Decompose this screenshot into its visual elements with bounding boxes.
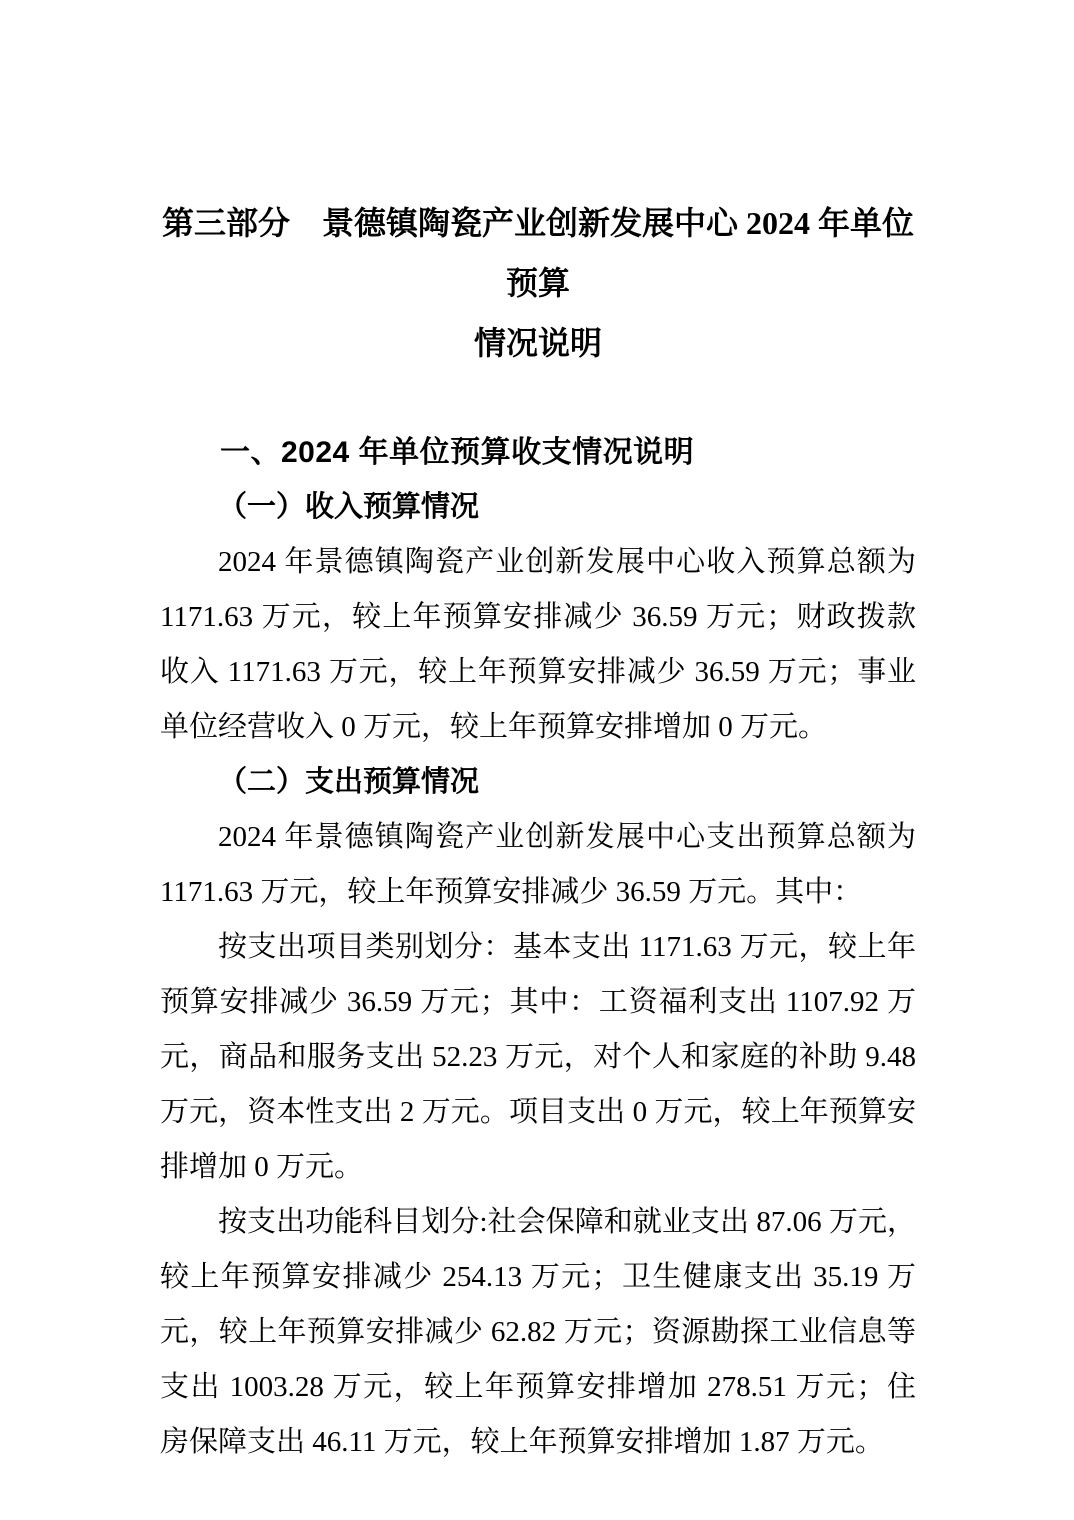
text-line: 2024 年景德镇陶瓷产业创新发展中心收入预算总额为 bbox=[160, 535, 916, 590]
document-content: 第三部分 景德镇陶瓷产业创新发展中心 2024 年单位预算 情况说明 一、202… bbox=[160, 193, 916, 1470]
text-line: 元，较上年预算安排减少 62.82 万元；资源勘探工业信息等 bbox=[160, 1305, 916, 1360]
text-line: 单位经营收入 0 万元，较上年预算安排增加 0 万元。 bbox=[160, 700, 916, 755]
document-body: 一、2024 年单位预算收支情况说明（一）收入预算情况2024 年景德镇陶瓷产业… bbox=[160, 425, 916, 1470]
paragraph: 按支出功能科目划分:社会保障和就业支出 87.06 万元，较上年预算安排减少 2… bbox=[160, 1195, 916, 1470]
paragraph: 2024 年景德镇陶瓷产业创新发展中心支出预算总额为1171.63 万元，较上年… bbox=[160, 810, 916, 920]
text-line: 万元，资本性支出 2 万元。项目支出 0 万元，较上年预算安 bbox=[160, 1085, 916, 1140]
text-line: 较上年预算安排减少 254.13 万元；卫生健康支出 35.19 万 bbox=[160, 1250, 916, 1305]
text-line: 1171.63 万元，较上年预算安排减少 36.59 万元；财政拨款 bbox=[160, 590, 916, 645]
text-line: 房保障支出 46.11 万元，较上年预算安排增加 1.87 万元。 bbox=[160, 1415, 916, 1470]
title-line-2: 情况说明 bbox=[160, 313, 916, 373]
text-line: 排增加 0 万元。 bbox=[160, 1140, 916, 1195]
text-line: 1171.63 万元，较上年预算安排减少 36.59 万元。其中： bbox=[160, 865, 916, 920]
paragraph: 按支出项目类别划分：基本支出 1171.63 万元，较上年预算安排减少 36.5… bbox=[160, 920, 916, 1195]
text-line: 预算安排减少 36.59 万元；其中：工资福利支出 1107.92 万 bbox=[160, 975, 916, 1030]
paragraph: 2024 年景德镇陶瓷产业创新发展中心收入预算总额为1171.63 万元，较上年… bbox=[160, 535, 916, 755]
text-line: 元，商品和服务支出 52.23 万元，对个人和家庭的补助 9.48 bbox=[160, 1030, 916, 1085]
heading2: （一）收入预算情况 bbox=[160, 480, 916, 535]
text-line: 按支出项目类别划分：基本支出 1171.63 万元，较上年 bbox=[160, 920, 916, 975]
heading2: （二）支出预算情况 bbox=[160, 755, 916, 810]
text-line: 收入 1171.63 万元，较上年预算安排减少 36.59 万元；事业 bbox=[160, 645, 916, 700]
text-line: 按支出功能科目划分:社会保障和就业支出 87.06 万元， bbox=[160, 1195, 916, 1250]
text-line: 2024 年景德镇陶瓷产业创新发展中心支出预算总额为 bbox=[160, 810, 916, 865]
document-title: 第三部分 景德镇陶瓷产业创新发展中心 2024 年单位预算 情况说明 bbox=[160, 193, 916, 373]
title-line-1: 第三部分 景德镇陶瓷产业创新发展中心 2024 年单位预算 bbox=[160, 193, 916, 313]
document-page: 第三部分 景德镇陶瓷产业创新发展中心 2024 年单位预算 情况说明 一、202… bbox=[0, 0, 1074, 1520]
heading1: 一、2024 年单位预算收支情况说明 bbox=[160, 425, 916, 480]
text-line: 支出 1003.28 万元，较上年预算安排增加 278.51 万元；住 bbox=[160, 1360, 916, 1415]
